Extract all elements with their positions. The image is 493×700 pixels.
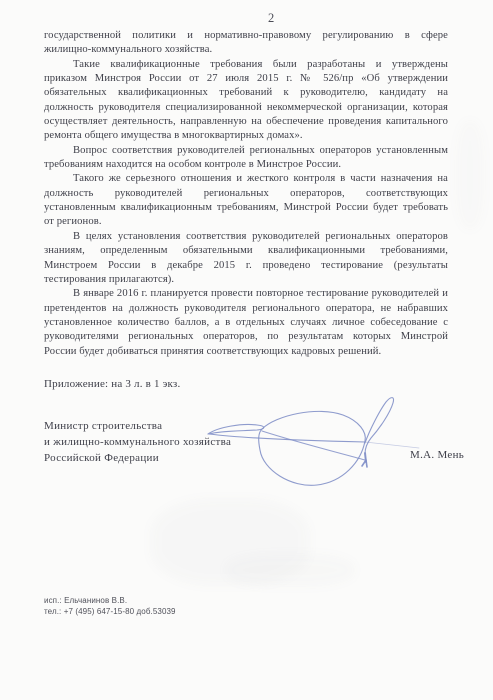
body-text-line: знаниям, определенным обязательными квал… <box>44 244 448 258</box>
scanned-letter-page: 2 государственной политики и нормативно-… <box>0 0 493 700</box>
body-text-line: государственной политики и нормативно-пр… <box>44 29 448 43</box>
executor-line: исп.: Ельчанинов В.В. <box>44 595 176 606</box>
body-text-line: установленное количество баллов, а в отд… <box>44 316 448 330</box>
scan-artifact <box>150 498 310 586</box>
body-text-line: России будет добиваться принятия соответ… <box>44 345 448 359</box>
body-text-line: Вопрос соответствия руководителей регион… <box>44 144 448 158</box>
body-text-line: Такого же серьезного отношения и жестког… <box>44 172 448 186</box>
body-text-line: от регионов. <box>44 215 448 229</box>
handwritten-signature-icon <box>196 393 428 503</box>
attachment-note: Приложение: на 3 л. в 1 экз. <box>44 378 180 390</box>
letter-body-text: государственной политики и нормативно-пр… <box>44 29 448 359</box>
page-number: 2 <box>268 11 274 26</box>
body-text-line: обязательных квалификационных требований… <box>44 86 448 100</box>
body-text-line: приказом Минстроя России от 27 июля 2015… <box>44 72 448 86</box>
body-text-line: руководителями региональных операторов, … <box>44 330 448 344</box>
body-text-line: В целях установления соответствия руково… <box>44 230 448 244</box>
body-text-line: В январе 2016 г. планируется провести по… <box>44 287 448 301</box>
executor-phone-line: тел.: +7 (495) 647-15-80 доб.53039 <box>44 606 176 617</box>
body-text-line: тестирования прилагаются). <box>44 273 448 287</box>
body-text-line: Минстроем России в декабре 2015 г. прове… <box>44 259 448 273</box>
body-text-line: ремонта общего имущества в многоквартирн… <box>44 129 448 143</box>
executor-footer: исп.: Ельчанинов В.В. тел.: +7 (495) 647… <box>44 595 176 617</box>
body-text-line: должность руководителей региональных опе… <box>44 187 448 201</box>
body-text-line: Такие квалификационные требования были р… <box>44 58 448 72</box>
body-text-line: должность руководителя специализированно… <box>44 101 448 115</box>
scan-artifact <box>225 553 355 587</box>
body-text-line: требованиям находится на особом контроле… <box>44 158 448 172</box>
body-text-line: осуществляет деятельность, направленную … <box>44 115 448 129</box>
scan-artifact <box>455 120 485 230</box>
body-text-line: претендентов на должность руководителя р… <box>44 302 448 316</box>
body-text-line: жилищно-коммунального хозяйства. <box>44 43 448 57</box>
body-text-line: установленным квалификационным требовани… <box>44 201 448 215</box>
